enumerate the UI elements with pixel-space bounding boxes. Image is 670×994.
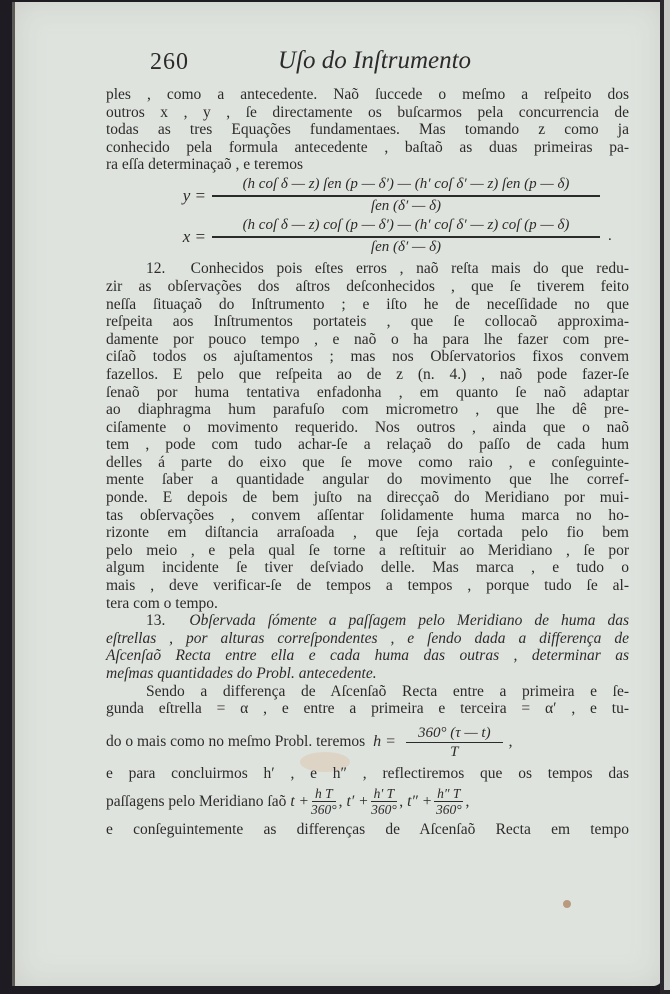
text-line: damente por pouco tempo , e naõ o ha par… <box>106 331 629 349</box>
formula-line-passages: paſſagens pelo Meridiano ſaõ t + h T 360… <box>106 786 629 817</box>
text-segment: paſſagens pelo Meridiano ſaõ <box>106 793 286 811</box>
text-line: Sendo a differença de Aſcenſaõ Recta ent… <box>106 683 629 701</box>
text-line: ra eſſa determinaçaõ , e teremos <box>106 156 629 174</box>
text-line: conhecido pela formula antecedente , baſ… <box>106 139 629 157</box>
running-title: Uſo do Inſtrumento <box>278 52 471 70</box>
punctuation: , <box>509 733 513 751</box>
text-line: tera com o tempo. <box>106 595 629 613</box>
punctuation: , <box>399 793 403 811</box>
problem-statement-line: meſmas quantidades do Probl. antecedente… <box>106 665 629 683</box>
numerator: (h coſ δ — z) ſen (p — δ′) — (h′ coſ δ′ … <box>212 176 600 197</box>
formula-lhs: h = <box>373 733 396 751</box>
denominator: 360° <box>311 802 337 817</box>
text-line: ples , como a antecedente. Naõ ſuccede o… <box>106 86 629 104</box>
text-line: ao diaphragma hum parafuſo com micrometr… <box>106 401 629 419</box>
numerator: h″ T <box>434 786 463 802</box>
numerator: 360° (τ — t) <box>406 724 503 743</box>
denominator: ſen (δ′ — δ) <box>371 238 441 257</box>
text-line: algum incidente ſe tiver deſviado delle.… <box>106 559 629 577</box>
section-number: 13. <box>146 612 165 629</box>
paragraph-13: 13. Obſervada ſómente a paſſagem pelo Me… <box>106 612 629 839</box>
problem-statement-line: eſtrellas , por alturas correſpondentes … <box>106 630 629 648</box>
numerator: h T <box>312 786 336 802</box>
text-line: e para concluirmos h′ , e h″ , reflectir… <box>106 765 629 783</box>
equation-x: x = (h coſ δ — z) coſ (p — δ′) — (h′ coſ… <box>106 217 629 256</box>
page-text: 260 Uſo do Inſtrumento ples , como a ant… <box>106 50 629 839</box>
denominator: T <box>450 743 458 761</box>
text-line: todas as tres Equações fundamentaes. Mas… <box>106 121 629 139</box>
text-line: e conſeguintemente as differenças de Aſc… <box>106 821 629 839</box>
section-number: 12. <box>146 260 165 277</box>
page-header: 260 Uſo do Inſtrumento <box>106 50 629 86</box>
fraction: (h coſ δ — z) ſen (p — δ′) — (h′ coſ δ′ … <box>212 176 600 215</box>
text-line: tem , pode com tudo achar-ſe a relaçaõ d… <box>106 436 629 454</box>
formula-line-h: do o mais como no meſmo Probl. teremos h… <box>106 724 629 761</box>
equation-tail: . <box>600 228 612 246</box>
paragraph-12: 12. Conhecidos pois eſtes erros , naõ re… <box>106 260 629 612</box>
text-line: 12. Conhecidos pois eſtes erros , naõ re… <box>106 260 629 278</box>
page-number: 260 <box>150 54 189 72</box>
text-line: ſenaõ por huma tentativa enfadonha , em … <box>106 384 629 402</box>
next-page-edge <box>664 0 670 990</box>
problem-statement-line: 13. Obſervada ſómente a paſſagem pelo Me… <box>106 612 629 630</box>
text-line: ciſamente o movimento requerido. Nos out… <box>106 419 629 437</box>
text-line: mais , deve verificar-ſe de tempos a tem… <box>106 577 629 595</box>
fraction: 360° (τ — t) T <box>406 724 503 761</box>
paragraph-continued: ples , como a antecedente. Naõ ſuccede o… <box>106 86 629 174</box>
fraction: h T 360° <box>311 786 337 817</box>
numerator: h′ T <box>371 786 398 802</box>
text-segment: do o mais como no meſmo Probl. teremos <box>106 733 365 751</box>
denominator: ſen (δ′ — δ) <box>371 197 441 216</box>
term-lead: t′ + <box>347 793 369 811</box>
problem-statement-line: Aſcenſaõ Recta entre ella e cada huma da… <box>106 647 629 665</box>
equation-lhs: y = <box>106 187 212 205</box>
text-line: pelo meio , e pela qual ſe torne a reſti… <box>106 542 629 560</box>
text-line: reſpeita aos Inſtrumentos portateis , qu… <box>106 313 629 331</box>
denominator: 360° <box>371 802 397 817</box>
text-line: tas obſervações , convem aſſentar ſolida… <box>106 507 629 525</box>
text-line: delles á parte do eixo que ſe move como … <box>106 454 629 472</box>
text-line: neſſa ſituaçaõ do Inſtrumento ; e iſto h… <box>106 296 629 314</box>
text-line: ponde. E depois de bem juſto na direcçaõ… <box>106 489 629 507</box>
equation-lhs: x = <box>106 228 212 246</box>
punctuation: , <box>339 793 343 811</box>
numerator: (h coſ δ — z) coſ (p — δ′) — (h′ coſ δ′ … <box>212 217 600 238</box>
text-line: gunda eſtrella = α , e entre a primeira … <box>106 700 629 718</box>
text-line: rizonte em diſtancia arraſoada , que ſej… <box>106 524 629 542</box>
text-line: mente ſaber a quantidade angular do movi… <box>106 471 629 489</box>
denominator: 360° <box>436 802 462 817</box>
foxing-stain <box>563 900 571 908</box>
punctuation: , <box>465 793 469 811</box>
fraction: h″ T 360° <box>434 786 463 817</box>
text-line: ciſaõ todos os ajuſtamentos ; mas nos Ob… <box>106 348 629 366</box>
term-lead: t + <box>290 793 309 811</box>
equation-y: y = (h coſ δ — z) ſen (p — δ′) — (h′ coſ… <box>106 176 629 215</box>
term-lead: t″ + <box>407 793 432 811</box>
fraction: (h coſ δ — z) coſ (p — δ′) — (h′ coſ δ′ … <box>212 217 600 256</box>
text-line: fazellos. E pelo que reſpeita ao de z (n… <box>106 366 629 384</box>
text-line: outros x , y , ſe directamente os buſcar… <box>106 104 629 122</box>
text-line: zir as obſervações dos aſtros deſconheci… <box>106 278 629 296</box>
fraction: h′ T 360° <box>371 786 398 817</box>
